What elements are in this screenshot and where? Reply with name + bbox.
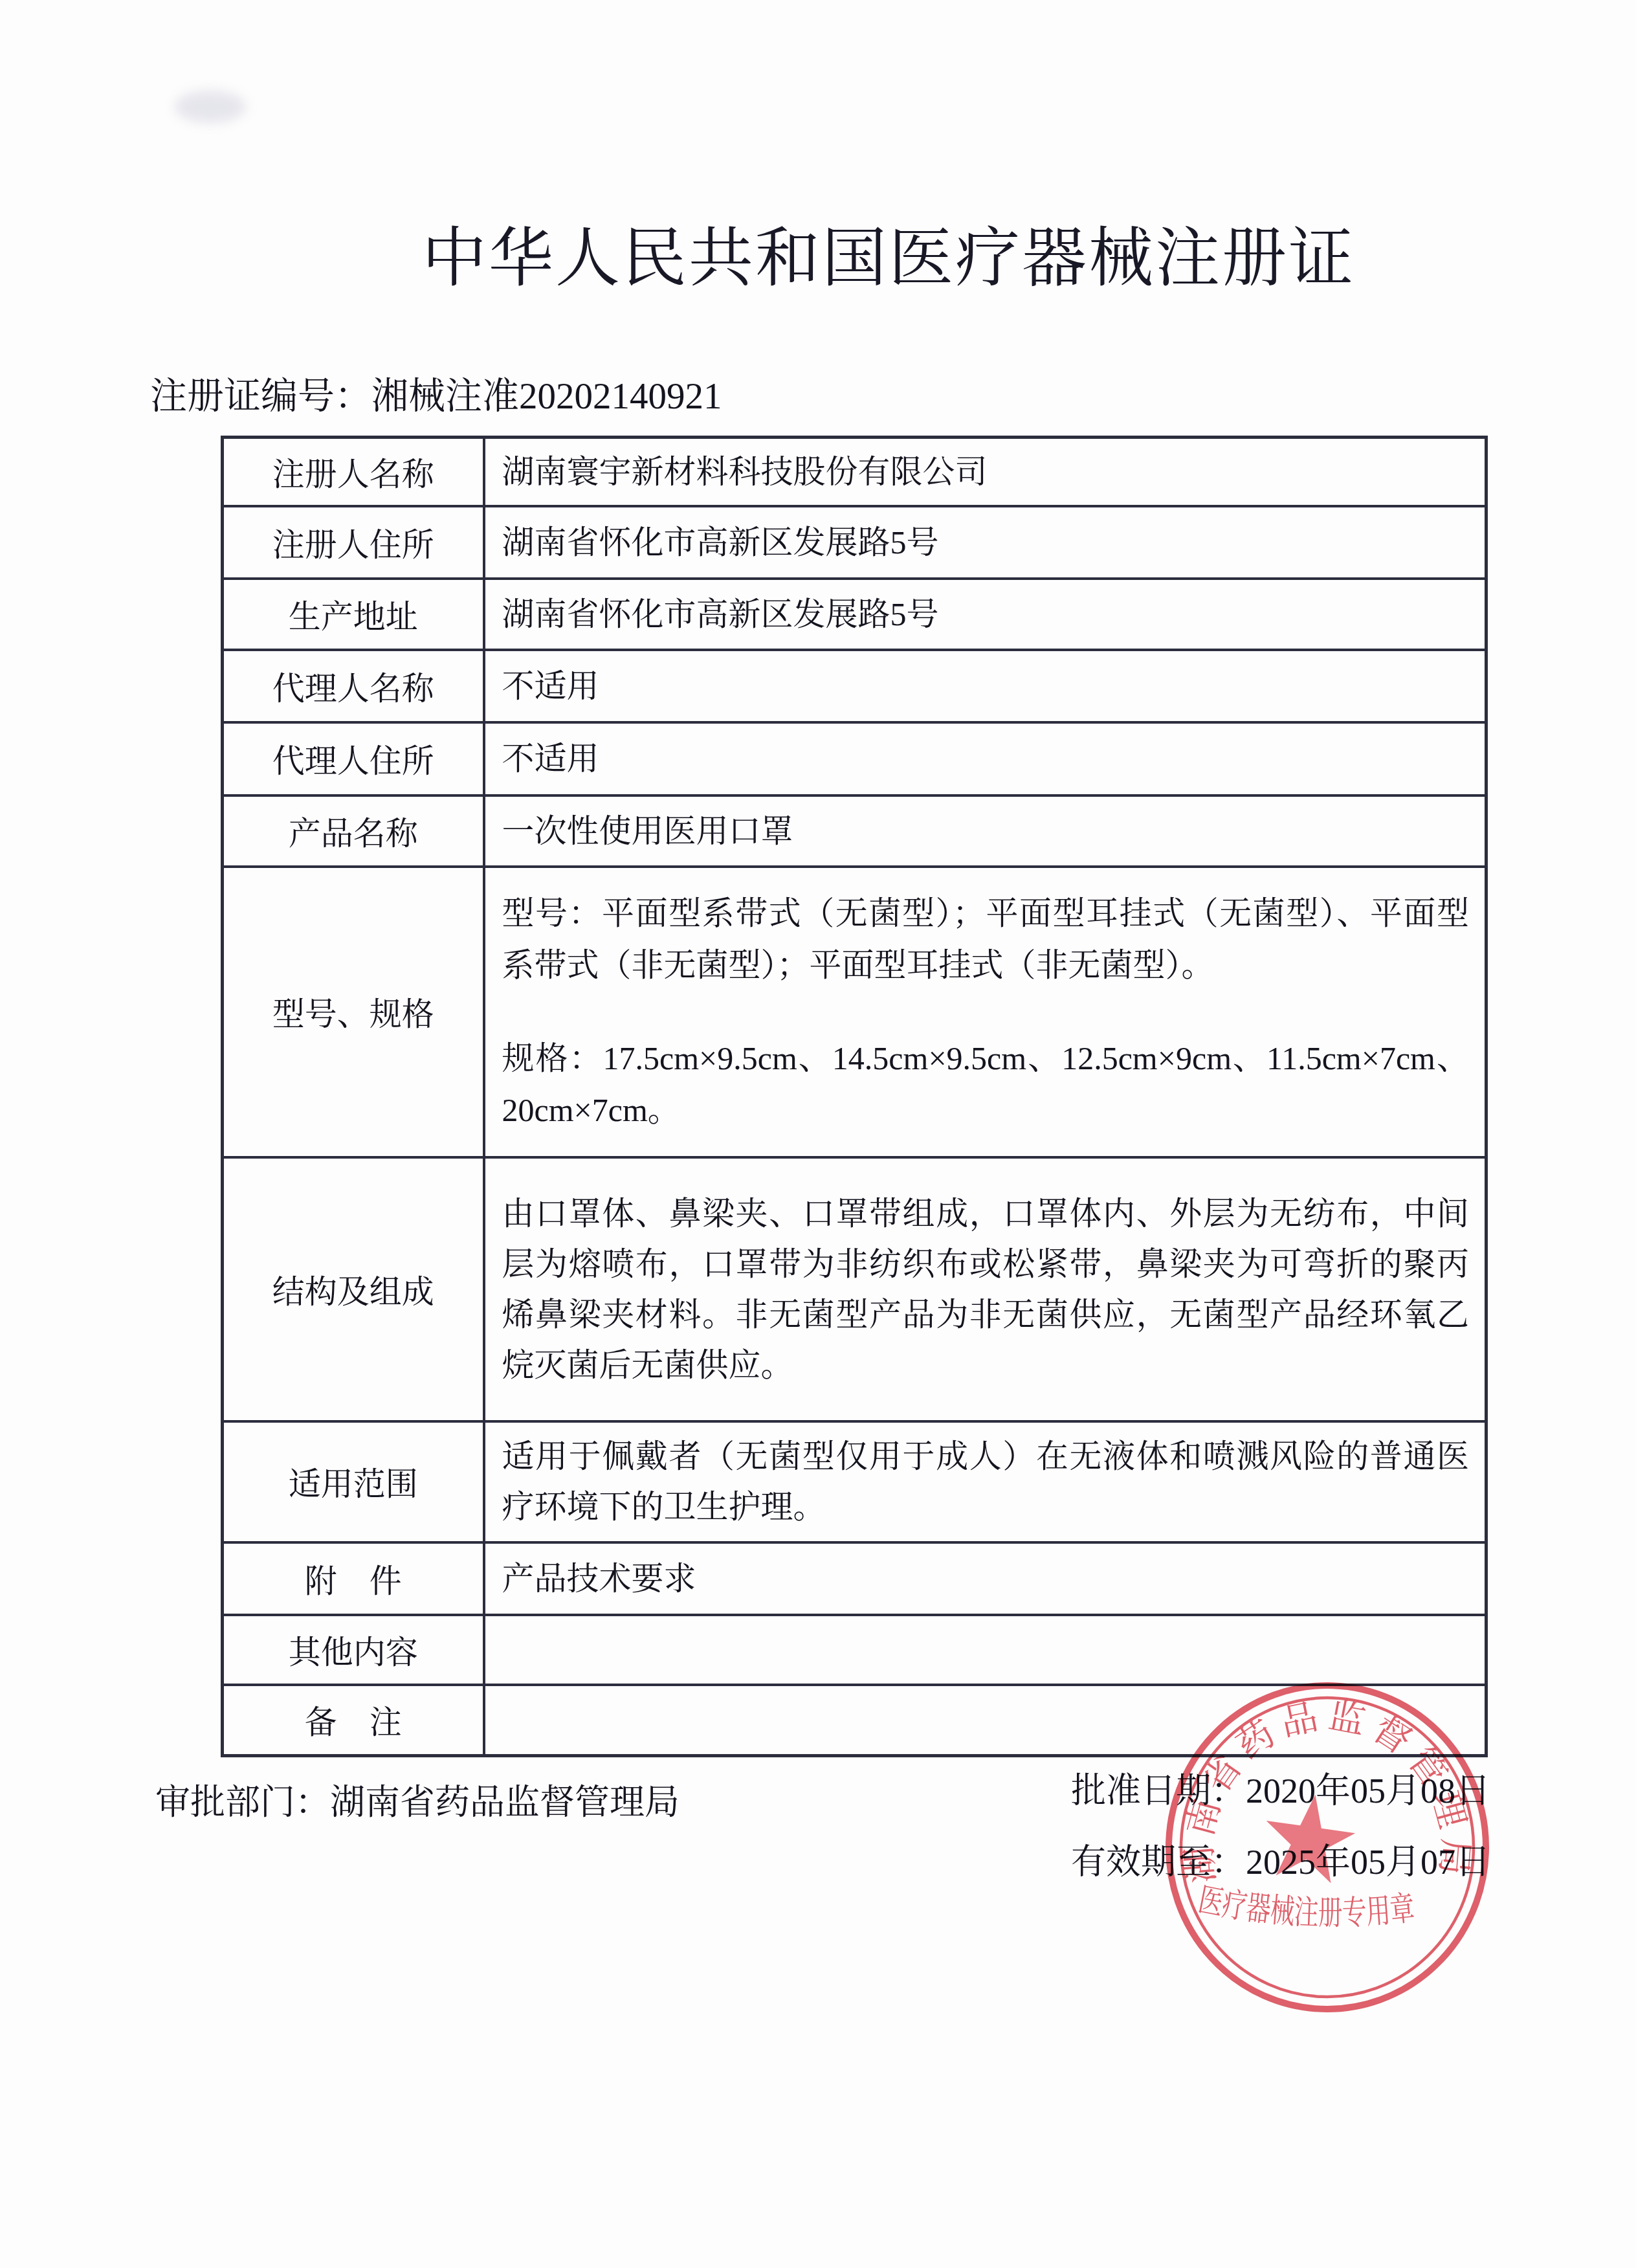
row-label: 结构及组成	[223, 1157, 484, 1421]
row-value	[484, 1615, 1487, 1685]
row-value: 湖南省怀化市高新区发展路5号	[484, 506, 1487, 579]
structure-paragraph: 由口罩体、鼻梁夹、口罩带组成，口罩体内、外层为无纺布，中间层为熔喷布，口罩带为非…	[502, 1188, 1470, 1390]
row-label: 注册人住所	[223, 506, 484, 579]
table-row: 代理人名称 不适用	[223, 650, 1487, 722]
table-row: 产品名称 一次性使用医用口罩	[223, 795, 1487, 867]
table-row: 适用范围 适用于佩戴者（无菌型仅用于成人）在无液体和喷溅风险的普通医疗环境下的卫…	[223, 1421, 1487, 1542]
approval-department: 审批部门：湖南省药品监督管理局	[155, 1775, 680, 1825]
table-row: 注册人名称 湖南寰宇新材料科技股份有限公司	[223, 438, 1487, 506]
row-label: 备 注	[223, 1685, 484, 1756]
certificate-table: 注册人名称 湖南寰宇新材料科技股份有限公司 注册人住所 湖南省怀化市高新区发展路…	[221, 436, 1488, 1757]
row-value: 型号：平面型系带式（无菌型）；平面型耳挂式（无菌型）、平面型系带式（非无菌型）；…	[484, 867, 1487, 1157]
scope-paragraph: 适用于佩戴者（无菌型仅用于成人）在无液体和喷溅风险的普通医疗环境下的卫生护理。	[502, 1431, 1470, 1532]
row-value: 由口罩体、鼻梁夹、口罩带组成，口罩体内、外层为无纺布，中间层为熔喷布，口罩带为非…	[484, 1157, 1487, 1421]
row-value: 湖南寰宇新材料科技股份有限公司	[484, 438, 1487, 506]
certificate-page: 中华人民共和国医疗器械注册证 注册证编号：湘械注准20202140921 注册人…	[0, 0, 1636, 2268]
row-value: 产品技术要求	[484, 1542, 1487, 1615]
row-label: 代理人住所	[223, 722, 484, 795]
model-paragraph: 型号：平面型系带式（无菌型）；平面型耳挂式（无菌型）、平面型系带式（非无菌型）；…	[502, 887, 1470, 991]
table-row: 其他内容	[223, 1615, 1487, 1685]
row-label: 其他内容	[223, 1615, 484, 1685]
row-value: 适用于佩戴者（无菌型仅用于成人）在无液体和喷溅风险的普通医疗环境下的卫生护理。	[484, 1421, 1487, 1542]
table-row: 注册人住所 湖南省怀化市高新区发展路5号	[223, 506, 1487, 579]
table-row: 附 件 产品技术要求	[223, 1542, 1487, 1615]
row-value: 一次性使用医用口罩	[484, 795, 1487, 867]
table-row: 结构及组成 由口罩体、鼻梁夹、口罩带组成，口罩体内、外层为无纺布，中间层为熔喷布…	[223, 1157, 1487, 1421]
scan-smudge	[175, 91, 246, 123]
row-value: 湖南省怀化市高新区发展路5号	[484, 579, 1487, 650]
stamp-star-icon	[1259, 1788, 1360, 1885]
row-label: 适用范围	[223, 1421, 484, 1542]
stamp-bottom-text-path: 医疗器械注册专用章	[1195, 1882, 1418, 1936]
row-label: 代理人名称	[223, 650, 484, 722]
stamp-ring-text-path: 湖南省药品监督管理局	[1178, 1691, 1481, 1895]
row-label: 生产地址	[223, 579, 484, 650]
table-row: 型号、规格 型号：平面型系带式（无菌型）；平面型耳挂式（无菌型）、平面型系带式（…	[223, 867, 1487, 1157]
row-label: 产品名称	[223, 795, 484, 867]
official-seal-stamp: 湖南省药品监督管理局 医疗器械注册专用章	[1162, 1680, 1493, 2014]
row-value: 不适用	[484, 650, 1487, 722]
row-label: 注册人名称	[223, 438, 484, 506]
spec-paragraph: 规格：17.5cm×9.5cm、14.5cm×9.5cm、12.5cm×9cm、…	[502, 1032, 1470, 1136]
row-label: 型号、规格	[223, 867, 484, 1157]
row-label: 附 件	[223, 1542, 484, 1615]
document-title: 中华人民共和国医疗器械注册证	[422, 206, 1302, 299]
row-value: 不适用	[484, 722, 1487, 795]
table-row: 代理人住所 不适用	[223, 722, 1487, 795]
table-row: 生产地址 湖南省怀化市高新区发展路5号	[223, 579, 1487, 650]
certificate-number: 注册证编号：湘械注准20202140921	[150, 366, 722, 419]
